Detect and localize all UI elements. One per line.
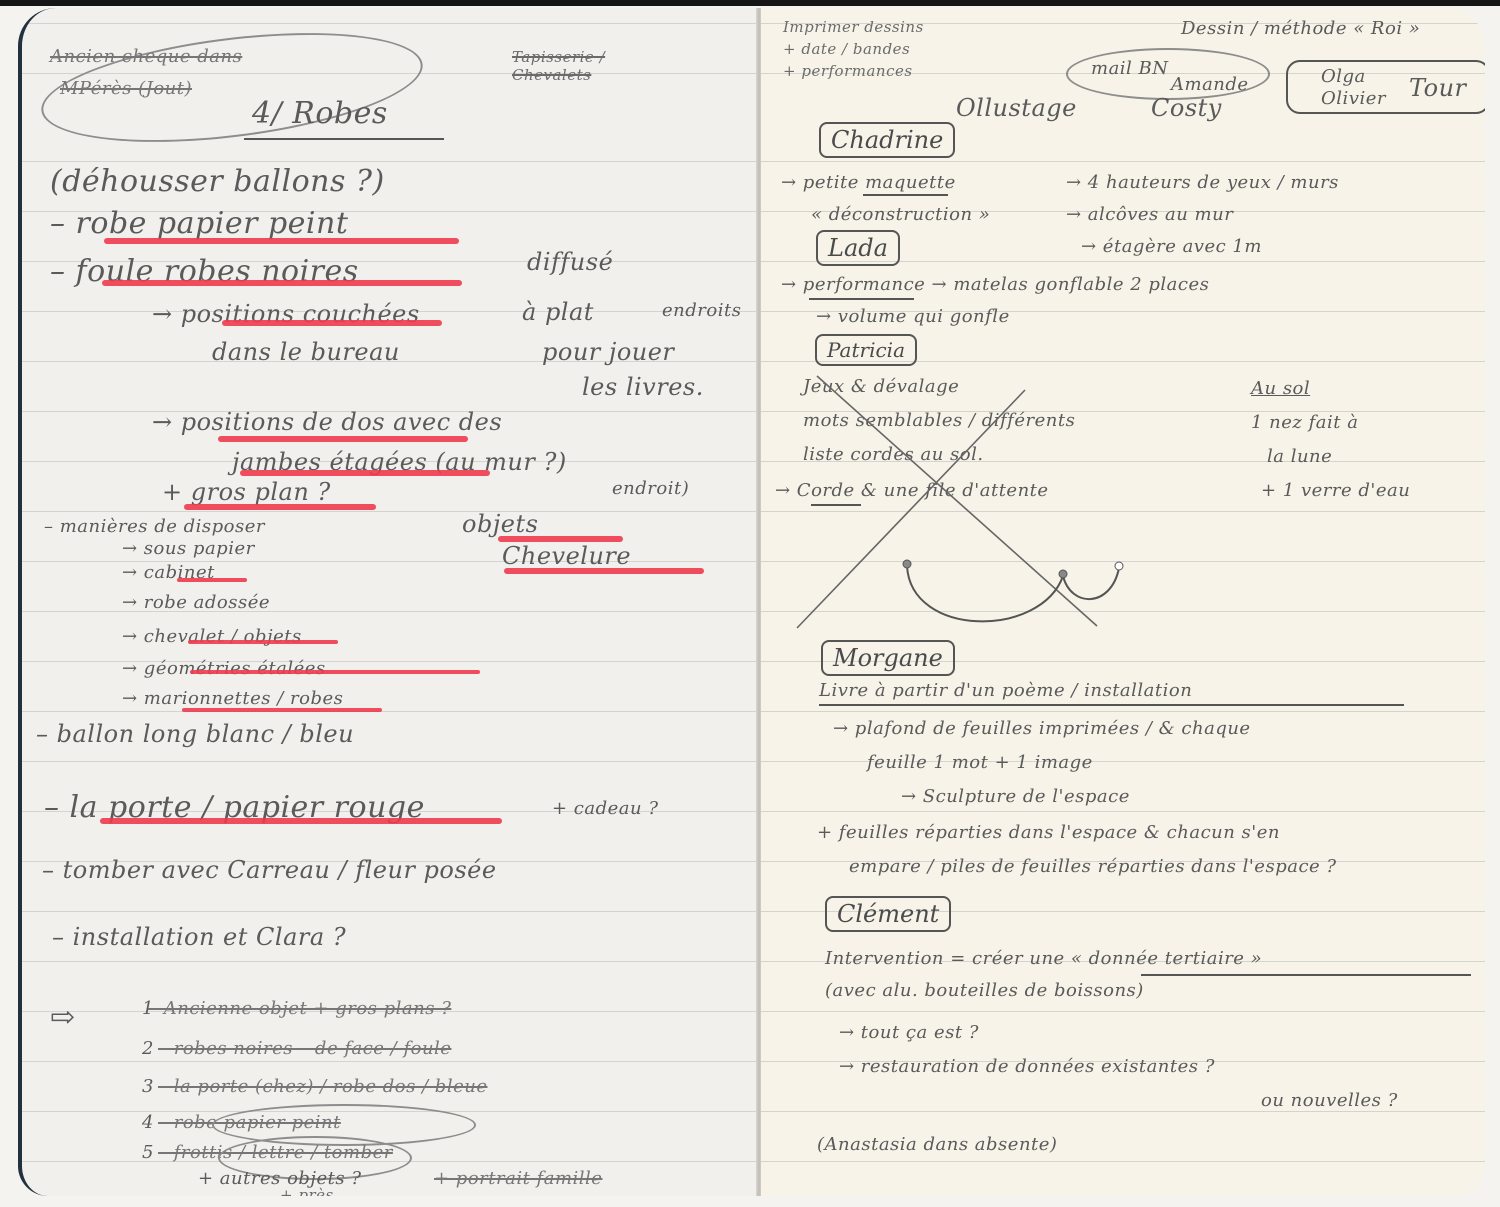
clement-line1: Intervention = créer une « donnée tertia…	[825, 948, 1262, 969]
list-num-3: 3	[142, 1076, 154, 1097]
header-note-date: + date / bandes	[783, 40, 910, 58]
red-highlight	[218, 436, 468, 442]
page-subtitle: (déhousser ballons ?)	[50, 164, 385, 199]
red-highlight	[177, 578, 247, 582]
page-title: 4/ Robes	[252, 96, 388, 131]
pencil-underline	[809, 298, 914, 300]
patricia-side-l3: + 1 verre d'eau	[1261, 480, 1410, 501]
red-highlight	[222, 320, 442, 326]
red-highlight	[182, 708, 382, 712]
side-note-diffusion: diffusé	[527, 248, 613, 276]
header-note-imprimer: Imprimer dessins	[783, 18, 924, 36]
note-geometries: → géométries étalées	[122, 658, 326, 679]
list-footer-sub: + près	[280, 1186, 334, 1196]
morgane-line2: → plafond de feuilles imprimées / & chaq…	[833, 718, 1251, 739]
chadrine-line5: → étagère avec 1m	[1081, 236, 1262, 257]
morgane-line6: empare / piles de feuilles réparties dan…	[849, 856, 1337, 877]
list-num-2: 2	[142, 1038, 154, 1059]
clement-line4: → restauration de données existantes ?	[839, 1056, 1215, 1077]
note-tomber: – tomber avec Carreau / fleur posée	[42, 856, 497, 884]
red-highlight	[504, 568, 704, 574]
crossed-note-line1: Ancien cheque dans	[50, 46, 242, 67]
header-note-dessin: Dessin / méthode « Roi »	[1181, 18, 1420, 39]
side-note-les-livres: les livres.	[582, 373, 704, 401]
pencil-underline	[863, 194, 948, 196]
header-note-performances: + performances	[783, 62, 913, 80]
note-cadeau: + cadeau ?	[552, 798, 659, 819]
note-sous-papier: → sous papier	[122, 538, 255, 559]
header-note-olivier: Olivier	[1321, 88, 1386, 109]
side-note-chevelure: Chevelure	[502, 542, 631, 570]
morgane-line5: + feuilles réparties dans l'espace & cha…	[817, 822, 1280, 843]
header-note-amande: Amande	[1171, 74, 1249, 95]
pencil-underline	[819, 704, 1404, 706]
header-note-mail: mail BN	[1091, 58, 1169, 79]
clement-line3: → tout ça est ?	[839, 1022, 979, 1043]
note-robe-adossee: → robe adossée	[122, 592, 270, 613]
list-num-4: 4	[142, 1112, 154, 1133]
section-heading-chadrine: Chadrine	[819, 122, 955, 158]
section-heading-clement: Clément	[825, 896, 951, 932]
red-highlight	[188, 640, 338, 644]
header-note-costy: Costy	[1151, 94, 1222, 122]
section-heading-patricia: Patricia	[815, 334, 917, 366]
note-dans-le-bureau: dans le bureau	[212, 338, 400, 366]
list-row-2: – robes noires – de face / foule	[158, 1038, 451, 1059]
lada-line1: → performance → matelas gonflable 2 plac…	[781, 274, 1209, 295]
list-row-3: – la porte (chez) / robe dos / bleue	[158, 1076, 487, 1097]
notebook-spread: Ancien cheque dans MPérès (Jout) Tapisse…	[0, 0, 1500, 1207]
arrow-icon: ⇨	[50, 1000, 76, 1035]
side-note-objets: objets	[462, 510, 538, 538]
patricia-side-l1: 1 nez fait à	[1251, 412, 1358, 433]
patricia-side-l2: la lune	[1267, 446, 1332, 467]
lada-line2: → volume qui gonfle	[816, 306, 1010, 327]
header-note-olga: Olga	[1321, 66, 1366, 87]
note-ballon: – ballon long blanc / bleu	[36, 720, 354, 748]
note-installation: – installation et Clara ?	[52, 923, 346, 951]
list-num-5: 5	[142, 1142, 154, 1163]
morgane-line4: → Sculpture de l'espace	[901, 786, 1130, 807]
section-heading-morgane: Morgane	[821, 640, 955, 676]
patricia-side-title: Au sol	[1251, 378, 1310, 399]
rope-sketch-icon	[761, 368, 1181, 638]
red-highlight	[240, 470, 490, 476]
morgane-line3: feuille 1 mot + 1 image	[867, 752, 1093, 773]
header-note-tour: Tour	[1409, 74, 1467, 102]
clement-line6: (Anastasia dans absente)	[817, 1134, 1057, 1155]
red-highlight	[184, 504, 376, 510]
red-highlight	[102, 280, 462, 286]
note-manieres: – manières de disposer	[44, 516, 265, 537]
left-page: Ancien cheque dans MPérès (Jout) Tapisse…	[18, 8, 762, 1196]
clement-line5: ou nouvelles ?	[1261, 1090, 1398, 1111]
section-heading-lada: Lada	[816, 230, 900, 266]
side-note-endroit: endroit)	[612, 478, 689, 499]
chadrine-line2: « déconstruction »	[811, 204, 990, 225]
list-num-1: 1	[142, 998, 154, 1019]
side-note-endroits: endroits	[662, 300, 741, 321]
header-note-ollustage: Ollustage	[956, 94, 1077, 122]
morgane-line1: Livre à partir d'un poème / installation	[819, 680, 1192, 701]
list-row-1: – Ancienne objet + gros plans ?	[148, 998, 451, 1019]
pencil-underline	[1141, 974, 1471, 976]
crossed-note-line2: MPérès (Jout)	[60, 78, 192, 99]
title-underline	[244, 138, 444, 140]
red-highlight	[190, 670, 480, 674]
list-footer-struck: + portrait famille	[434, 1168, 602, 1189]
chadrine-line4: → alcôves au mur	[1066, 204, 1233, 225]
red-highlight	[100, 818, 502, 824]
clement-line2: (avec alu. bouteilles de boissons)	[825, 980, 1144, 1001]
note-positions-dos: → positions de dos avec des	[152, 408, 502, 436]
side-note-pour-jouer: pour jouer	[542, 338, 674, 366]
chadrine-line1: → petite maquette	[781, 172, 956, 193]
crossed-corner-note: Tapisserie / Chevalets	[512, 48, 652, 84]
note-robe-papier: – robe papier peint	[50, 206, 348, 241]
side-note-a-plat: à plat	[522, 298, 594, 326]
red-highlight	[104, 238, 459, 244]
note-gros-plan: + gros plan ?	[162, 478, 331, 506]
right-page: Imprimer dessins + date / bandes + perfo…	[760, 8, 1485, 1196]
notebook-cover-edge	[0, 0, 1500, 6]
note-marionnettes: → marionnettes / robes	[122, 688, 343, 709]
chadrine-line3: → 4 hauteurs de yeux / murs	[1066, 172, 1339, 193]
